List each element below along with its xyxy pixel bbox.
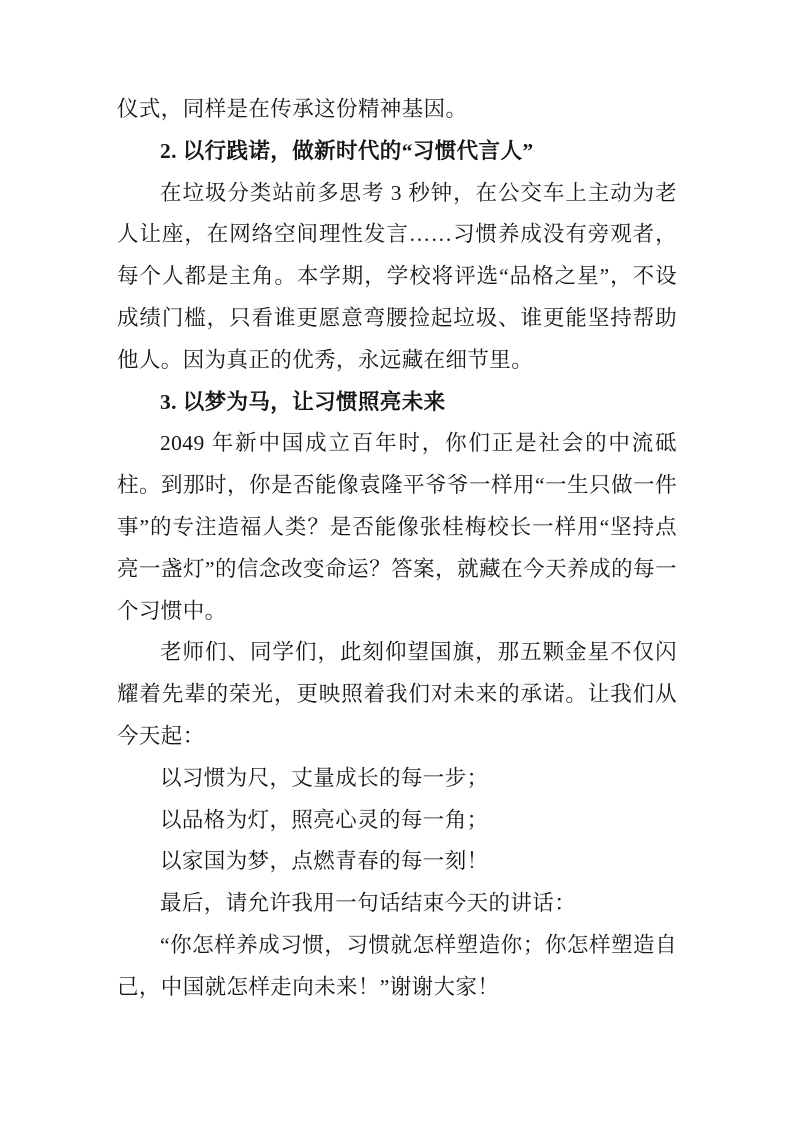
section-heading: 2. 以行践诺，做新时代的“习惯代言人” bbox=[117, 131, 677, 173]
paragraph: 以品格为灯，照亮心灵的每一角； bbox=[117, 800, 677, 842]
paragraph: 最后，请允许我用一句话结束今天的讲话： bbox=[117, 883, 677, 925]
paragraph: “你怎样养成习惯，习惯就怎样塑造你；你怎样塑造自己，中国就怎样走向未来！”谢谢大… bbox=[117, 925, 677, 1009]
paragraph: 2049 年新中国成立百年时，你们正是社会的中流砥柱。到那时，你是否能像袁隆平爷… bbox=[117, 423, 677, 632]
paragraph: 仪式，同样是在传承这份精神基因。 bbox=[117, 89, 677, 131]
paragraph: 以习惯为尺，丈量成长的每一步； bbox=[117, 758, 677, 800]
document-page: 仪式，同样是在传承这份精神基因。 2. 以行践诺，做新时代的“习惯代言人” 在垃… bbox=[0, 0, 793, 1122]
section-heading: 3. 以梦为马，让习惯照亮未来 bbox=[117, 382, 677, 424]
document-body: 仪式，同样是在传承这份精神基因。 2. 以行践诺，做新时代的“习惯代言人” 在垃… bbox=[117, 89, 677, 1009]
paragraph: 以家国为梦，点燃青春的每一刻！ bbox=[117, 841, 677, 883]
paragraph: 在垃圾分类站前多思考 3 秒钟，在公交车上主动为老人让座，在网络空间理性发言……… bbox=[117, 173, 677, 382]
paragraph: 老师们、同学们，此刻仰望国旗，那五颗金星不仅闪耀着先辈的荣光，更映照着我们对未来… bbox=[117, 632, 677, 757]
